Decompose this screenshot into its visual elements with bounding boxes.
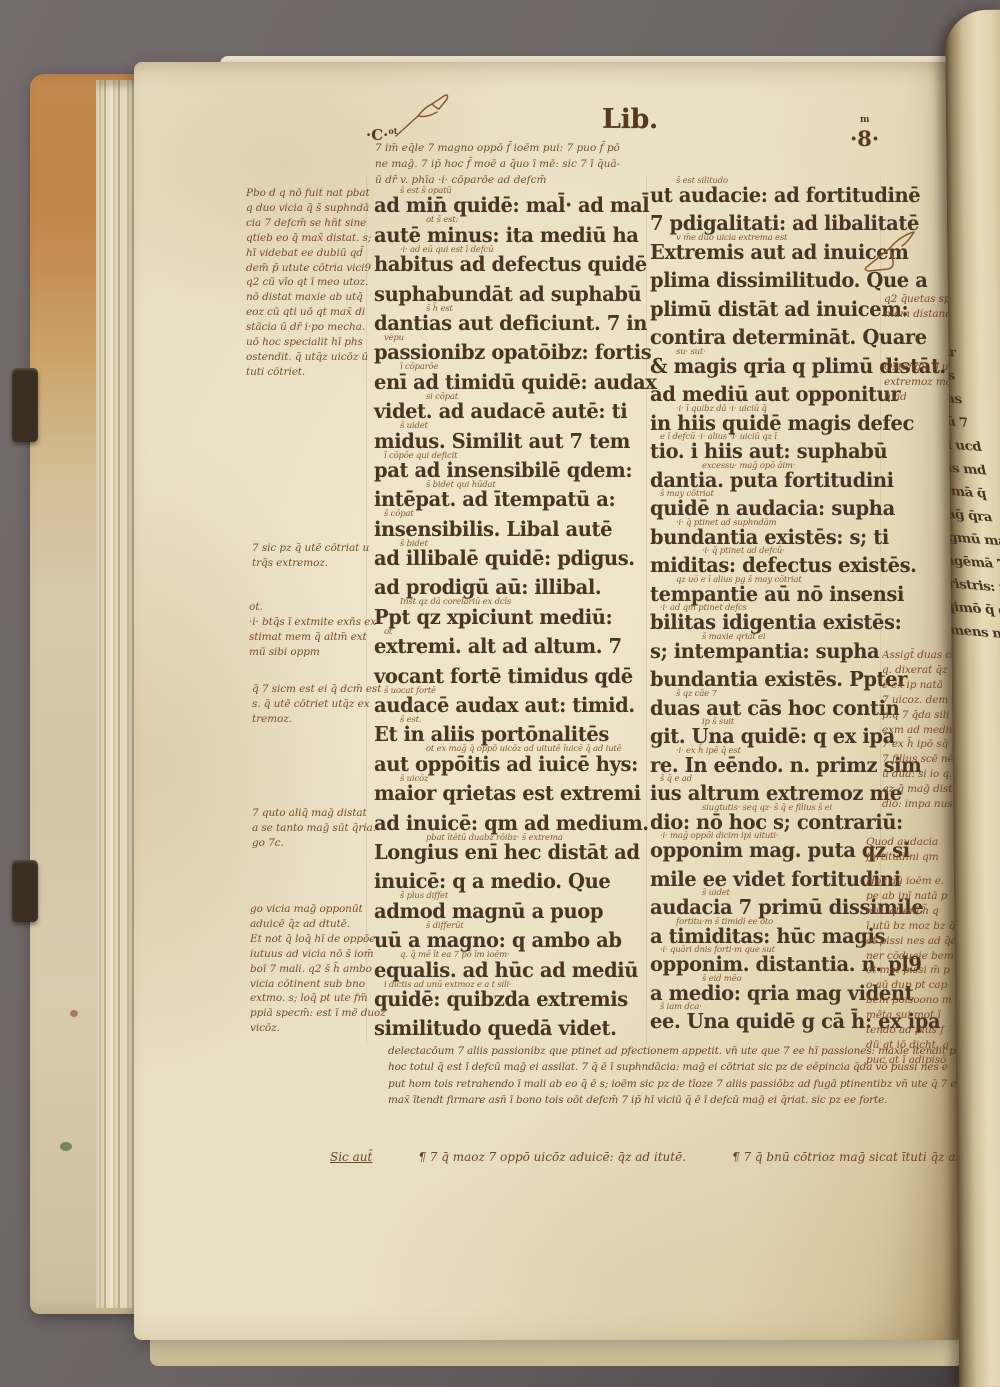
text-line: s̄ uicōz maior qrietas est extremi [374, 774, 642, 803]
text-line: fortitu·m s̄ timidi ee oto a timiditas: … [650, 917, 882, 946]
text-line: s̄ uocat fortē audacē audax aut: timid. [374, 686, 642, 715]
text-line: s̄ est silitudo ut audacie: ad fortitudi… [650, 176, 882, 205]
stain [70, 1010, 78, 1017]
margin-note-line: bem poisoono m [866, 993, 966, 1008]
text-line: ad prodigū aū: illibal. [374, 568, 642, 597]
bottom-commentary: delectacōum 7 aliis passionibz que ptine… [388, 1043, 964, 1108]
text-line-main: Extremis aut ad inuicem [650, 241, 882, 261]
margin-note-line: boī 7 mali. q2 s̄ h̄ ambo [250, 962, 374, 977]
text-line: plimū distāt ad inuicem: [650, 290, 882, 319]
text-line-main: a timiditas: hūc magis [650, 925, 882, 945]
margin-note-line: mū. qt enī h̄ q [866, 904, 966, 919]
margin-note-line: go vicia maḡ opponūt [250, 902, 374, 917]
text-line: s̄ qz cāe 7 duas aut cās hoc contin [650, 689, 882, 718]
text-line: mile ee videt fortitudini [650, 860, 882, 889]
margin-note-line: o aū dup pt cap [866, 978, 966, 993]
text-line-main: equalis. ad hūc ad mediū [374, 959, 642, 979]
margin-note-line: eoz cū qti uō qt max̄ di [246, 305, 368, 320]
next-page-text-fragments: tēmāv· trq̄ buwasnad̄ īnasmed̄ iū 7alt a… [945, 337, 1000, 655]
column-guide-line [646, 176, 647, 1044]
text-line-main: opponim mag. puta qz si [650, 840, 882, 860]
commentary-line: put hom tois retrahendo ī mali ab eo q̄ … [388, 1076, 964, 1092]
text-line: ad mediū aut opponitur [650, 376, 882, 405]
text-line-main: ad prodigū aū: illibal. [374, 577, 642, 597]
text-line-main: enī ad timidū quidē: audax [374, 372, 642, 392]
text-line-main: uū a magno: q ambo ab [374, 930, 642, 950]
footer-lead: Sic aut̄ [330, 1150, 372, 1164]
margin-note-line: 7 sic pz q̄ utē cōtriat u [252, 541, 374, 556]
margin-note-line: vicia cōtinent sub bno [250, 977, 374, 992]
text-line-main: & magis qria q plimū distāt. [650, 355, 882, 375]
margin-note-line: uō hoc specialit hī phs [246, 335, 368, 350]
main-text-column-right: s̄ est silitudo ut audacie: ad fortitudi… [650, 176, 882, 1031]
text-line: ·i· ī quibz dā ·i· uiciū q̄ in hiis quid… [650, 404, 882, 433]
text-line-main: bundantia existēs: s; ti [650, 526, 882, 546]
text-line-main: Longius enī hec distāt ad [374, 842, 642, 862]
footer-annotation: Sic aut̄ ¶ 7 q̄ maoz 7 oppō uicōz aduicē… [330, 1150, 1000, 1164]
text-line: pbat ītētū duabz rōibz· s̄ extrema Longi… [374, 833, 642, 862]
stain [60, 1142, 72, 1151]
text-line: ·i· ad qm ptinet defcs bilitas idigentia… [650, 604, 882, 633]
text-line: suphabundāt ad suphabū [374, 274, 642, 303]
folio-number-sup: m [860, 115, 870, 125]
text-line: ·i· ad eū qui est ī defcū habitus ad def… [374, 245, 642, 274]
text-line: e ī defcū ·i· alius ·i· uiciū qz ī tio. … [650, 433, 882, 462]
commentary-line: max̄ ītendt firmare asn̄ ī bono tois oōt… [388, 1092, 964, 1108]
manicule-right-icon [856, 228, 918, 284]
commentary-line: hoc totul q̄ est ī defcū maḡ ei assilat.… [388, 1059, 964, 1075]
text-line: ot extremi. alt ad altum. 7 [374, 627, 642, 656]
top-gloss-note: 7 im̄ eq̄le 7 magno oppō f̄ ioēm pui: 7 … [375, 141, 620, 188]
text-line-main: ad inuicē: qm ad medium. [374, 812, 642, 832]
margin-note-line: ppiā specm̄: est ī mē duoz [250, 1006, 374, 1021]
margin-note-line: mū sibi oppm [249, 645, 371, 660]
text-line: s̄ bidet qui hūdat intēpat. ad ītempatū … [374, 480, 642, 509]
text-line: su· sut· & magis qria q plimū distāt. [650, 347, 882, 376]
text-line-main: admod magnū a puop [374, 901, 642, 921]
text-line-main: ius altrum extremoz me [650, 783, 882, 803]
text-line: s̄ est s̄ opatū ad min̄ quidē: mal̄· ad … [374, 186, 642, 215]
margin-note-line: extmo. s; loq̄ pt ute fm̄ [250, 991, 374, 1006]
text-line: s̄ uidet audacia 7 primū dissimile [650, 889, 882, 918]
folio-number-text: ·8· [850, 126, 879, 151]
text-line: 7 pdigalitati: ad libalitatē [650, 205, 882, 234]
margin-note-line: ostendit. q̄ utq̄z uicōz ū [246, 350, 368, 365]
text-line: Inst qz dā corelariū ex dcīs Ppt qz xpic… [374, 597, 642, 626]
text-line-main: ut audacie: ad fortitudinē [650, 184, 882, 204]
margin-note-left: Pbo d q nō fuit nat pbatq duo vicia q̄ s… [246, 186, 368, 380]
text-line-main: audacia 7 primū dissimile [650, 897, 882, 917]
text-line-main: intēpat. ad ītempatū a: [374, 489, 642, 509]
margin-note-left: ot.·i· btq̄s ī extmite exn̄s exstimat me… [249, 600, 371, 660]
margin-note-line: go 7c. [252, 836, 374, 851]
text-line-main: inuicē: q a medio. Que [374, 871, 642, 891]
margin-note-line: iutuus ad vicia nō s̄ iom̄ [250, 947, 374, 962]
text-line-main: ad min̄ quidē: mal̄· ad mal̄ [374, 195, 642, 215]
margin-note-line: q̄ 7 sicm est ei q̄ dcm̄ est [252, 682, 374, 697]
text-line-main: quidē n audacia: supha [650, 498, 882, 518]
margin-note-line: ·i· btq̄s ī extmite exn̄s ex [249, 615, 371, 630]
text-line: ot s̄ est: autē minus: ita mediū ha [374, 215, 642, 244]
margin-note-line: trq̄s extremoz. [252, 556, 374, 571]
margin-note-line: stimat mem q̄ altm̄ ext [249, 630, 371, 645]
text-line-main: contira determināt. Quare [650, 327, 882, 347]
text-line-main: ee. Una quidē g cā h̄: ex ipa [650, 1011, 882, 1031]
margin-note-line: Pbo d q nō fuit nat pbat [246, 186, 368, 201]
text-line: contira determināt. Quare [650, 319, 882, 348]
text-line: ·i· q̄ ptinet ad defcū· miditas: defectu… [650, 547, 882, 576]
text-line-main: Ppt qz xpiciunt mediū: [374, 607, 642, 627]
margin-note-line: dem̄ p̄ utute cōtria vici9 [246, 261, 368, 276]
text-line-main: a medio: qria mag vident [650, 982, 882, 1002]
text-line: qz uō e ī alius pg s̄ may cōtriat tempan… [650, 575, 882, 604]
margin-note-line: mēta sui mot ī [866, 1008, 966, 1023]
margin-note-line: ot. [249, 600, 371, 615]
text-line-main: re. In eēndo. n. primz sim [650, 754, 882, 774]
margin-note-left: go vicia maḡ opponūtaduicē q̄z ad dtutē.… [250, 902, 374, 1036]
margin-note-left: 7 sic pz q̄ utē cōtriat utrq̄s extremoz. [252, 541, 374, 571]
text-line: q. q̄ mē īt ea 7 pō īm ioēm· equalis. ad… [374, 950, 642, 979]
text-line: i dictis ad unū extmoz e a t sili· quidē… [374, 980, 642, 1009]
text-line: s̄ q̄ e ad ius altrum extremoz me [650, 775, 882, 804]
text-line: s̄ differūt uū a magno: q ambo ab [374, 921, 642, 950]
text-line-main: opponim. distantia. n. pl9 [650, 954, 882, 974]
margin-note-line: q duo vicia q̄ s̄ suphndā [246, 201, 368, 216]
text-line: ip s̄ suit git. Una quidē: q ex ipa [650, 718, 882, 747]
text-line: ad inuicē: qm ad medium. [374, 803, 642, 832]
text-line-main: plimū distāt ad inuicem: [650, 298, 882, 318]
text-line: bundantia existēs. Ppter [650, 661, 882, 690]
text-line-main: bilitas idigentia existēs: [650, 612, 882, 632]
text-line-main: pat ad insensibilē qdem: [374, 460, 642, 480]
text-line: s̄ plus diffet admod magnū a puop [374, 891, 642, 920]
text-line-main: autē minus: ita mediū ha [374, 225, 642, 245]
margin-note-left: 7 quto aliq̄ maḡ distata se tanto maḡ sū… [252, 806, 374, 851]
text-line: ī cōpōe qui deficit pat ad insensibilē q… [374, 451, 642, 480]
text-line-main: plima dissimilitudo. Que a [650, 270, 882, 290]
text-line-main: ad mediū aut opponitur [650, 384, 882, 404]
margin-note-line: stācia ū dr̄ i·po mecha. [246, 320, 368, 335]
text-line-main: dantias aut deficiunt. 7 in [374, 313, 642, 333]
gloss-line: 7 im̄ eq̄le 7 magno oppō f̄ ioēm pui: 7 … [375, 141, 620, 157]
next-page-fragment: mens mediū [948, 619, 1000, 654]
text-line-main: tempantie aū nō insensi [650, 583, 882, 603]
text-line: v m̄e duo uicia extrema est Extremis aut… [650, 233, 882, 262]
text-line: s̄ uidet midus. Similit aut 7 tem [374, 421, 642, 450]
text-line: inuicē: q a medio. Que [374, 862, 642, 891]
footer-segment: ¶ 7 q̄ maoz 7 oppō uicōz aduicē: q̄z ad … [418, 1150, 686, 1164]
margin-note-line: aduicē q̄z ad dtutē. [250, 917, 374, 932]
margin-note-line: Et not q̄ loq̄ hī de oppōe [250, 932, 374, 947]
margin-note-line: ī utū bz moz bz q̄ [866, 919, 966, 934]
text-line: s̄ cōpat insensibilis. Libal autē [374, 509, 642, 538]
gloss-line: ne maḡ. 7 ip̄ hoc f̄ moē a q̄uo ī mē: si… [375, 157, 620, 173]
text-line-main: maior qrietas est extremi [374, 783, 642, 803]
text-line: ·i· quāri dnis forti·m que sut opponim. … [650, 946, 882, 975]
margin-note-left: q̄ 7 sicm est ei q̄ dcm̄ ests. q̄ utē cō… [252, 682, 374, 727]
text-line: s̄ iam dca· ee. Una quidē g cā h̄: ex ip… [650, 1003, 882, 1032]
text-line: s̄ bidet ad illibalē quidē: pdigus. [374, 539, 642, 568]
text-line-main: videt. ad audacē autē: ti [374, 401, 642, 421]
text-line: ·i· q̄ ptinet ad suphndām bundantia exis… [650, 518, 882, 547]
text-line-main: vocant fortē timidus qdē [374, 666, 642, 686]
margin-note-right: Hoz aū ioēm e.pe ab ipī natā pmū. qt enī… [866, 874, 966, 1068]
text-line: excessu· maḡ opō āim· dantia. puta forti… [650, 461, 882, 490]
margin-note-line: qtieb eo q̄ max̄ distat. s; [246, 231, 368, 246]
text-line: vocant fortē timidus qdē [374, 656, 642, 685]
commentary-line: delectacōum 7 aliis passionibz que ptine… [388, 1043, 964, 1059]
text-line-main: dantia. puta fortitudini [650, 469, 882, 489]
text-line-main: 7 pdigalitati: ad libalitatē [650, 213, 882, 233]
margin-note-line: Hoz aū ioēm e. [866, 874, 966, 889]
margin-note-line: tremoz. [252, 712, 374, 727]
text-line: s̄ eid mēo a medio: qria mag vident [650, 974, 882, 1003]
text-line: s̄ est. Et in aliis portōnalitēs [374, 715, 642, 744]
margin-note-line: q2 cū vīo qt ī meo utoz. [246, 275, 368, 290]
text-line-main: ad illibalē quidē: pdigus. [374, 548, 642, 568]
book-clasp [12, 368, 38, 442]
margin-note-line: cia 7 defcm̄ se hn̄t sine [246, 216, 368, 231]
margin-note-line: pe ab ipī natā p [866, 889, 966, 904]
running-title: Lib. [602, 104, 658, 135]
text-line-main: insensibilis. Libal autē [374, 519, 642, 539]
text-line: s̄ maxie qriat ei s; intempantia: supha [650, 632, 882, 661]
text-line: plima dissimilitudo. Que a [650, 262, 882, 291]
text-line: si cōpat videt. ad audacē autē: ti [374, 392, 642, 421]
text-line-main: miditas: defectus existēs. [650, 555, 882, 575]
book-clasp [12, 860, 38, 922]
text-line-main: git. Una quidē: q ex ipa [650, 726, 882, 746]
text-line-main: s; intempantia: supha [650, 640, 882, 660]
margin-note-line: ner cōduaie bem [866, 949, 966, 964]
text-line-main: audacē audax aut: timid. [374, 695, 642, 715]
main-text-column-left: s̄ est s̄ opatū ad min̄ quidē: mal̄· ad … [374, 186, 642, 1038]
text-line: siugtutis· seq qz· s̄ q̄ e filius s̄ ei … [650, 803, 882, 832]
text-line-main: bundantia existēs. Ppter [650, 669, 882, 689]
text-line: s̄ h̄ est dantias aut deficiunt. 7 in [374, 304, 642, 333]
text-line-main: Et in aliis portōnalitēs [374, 724, 642, 744]
text-line-main: dio: nō hoc s; contrariū: [650, 811, 882, 831]
margin-note-line: hī videbat ee dubiū qd̄ [246, 246, 368, 261]
margin-note-line: 7 quto aliq̄ maḡ distat [252, 806, 374, 821]
margin-note-line: a se tanto maḡ sūt q̄ria. [252, 821, 374, 836]
text-line-main: passionibz opatōibz: fortis [374, 342, 642, 362]
text-line: ·i· ex h̄ ipē q̄ est re. In eēndo. n. pr… [650, 746, 882, 775]
margin-note-line: ot mot pissi m̄ p [866, 963, 966, 978]
text-line-main: mile ee videt fortitudini [650, 868, 882, 888]
text-line-main: in hiis quidē magis defec [650, 412, 882, 432]
text-line-main: extremi. alt ad altum. 7 [374, 636, 642, 656]
text-line-main: suphabundāt ad suphabū [374, 283, 642, 303]
text-line-main: habitus ad defectus quidē [374, 254, 642, 274]
text-line: s̄ may cōtriat quidē n audacia: supha [650, 490, 882, 519]
margin-note-line: tuti cōtriet. [246, 365, 368, 380]
margin-note-line: ot pissi nes ad q̄e [866, 934, 966, 949]
text-line-main: quidē: quibzda extremis [374, 989, 642, 1009]
manicule-top-icon [392, 92, 462, 140]
text-line-main: duas aut cās hoc contin [650, 697, 882, 717]
margin-note-line: nō distat maxie ab utq̄ [246, 290, 368, 305]
text-line: ī cōparōe enī ad timidū quidē: audax [374, 362, 642, 391]
margin-note-line: vicōz. [250, 1021, 374, 1036]
margin-note-line: s. q̄ utē cōtriet utq̄z ex [252, 697, 374, 712]
text-line-main: aut oppōitis ad iuicē hys: [374, 754, 642, 774]
text-line: similitudo quedā videt. [374, 1009, 642, 1038]
text-line-main: midus. Similit aut 7 tem [374, 430, 642, 450]
text-line: ·i· maḡ oppōi dicim ipi uituti· opponim … [650, 832, 882, 861]
text-line: ot ex maḡ q̄ oppō uicōz ad uitutē īuicē … [374, 744, 642, 773]
text-line: vepu passionibz opatōibz: fortis [374, 333, 642, 362]
text-line-main: similitudo quedā videt. [374, 1018, 642, 1038]
margin-note-line: tendo ad plus f [866, 1023, 966, 1038]
text-line-main: tio. i hiis aut: suphabū [650, 441, 882, 461]
